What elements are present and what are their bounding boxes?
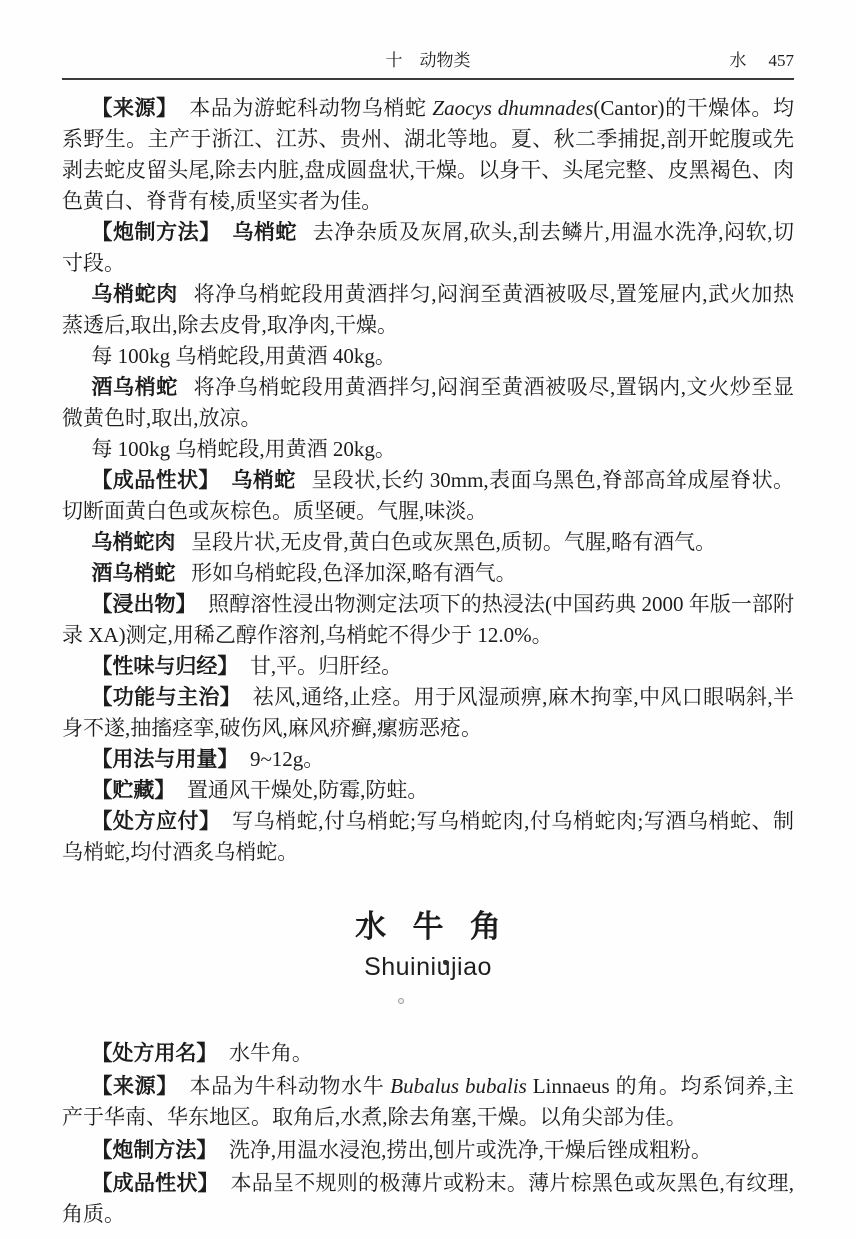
entry-title: 水牛角 bbox=[62, 910, 794, 944]
para-text: 呈段片状,无皮骨,黄白色或灰黑色,质韧。气腥,略有酒气。 bbox=[191, 530, 716, 554]
para-text: 本品为牛科动物水牛 bbox=[190, 1074, 391, 1098]
page-header: 十动物类 水457 bbox=[62, 52, 794, 80]
para-prescription-dispensing: 【处方应付】写乌梢蛇,付乌梢蛇;写乌梢蛇肉,付乌梢蛇肉;写酒乌梢蛇、制乌梢蛇,均… bbox=[62, 806, 794, 868]
section-label: 【成品性状】 bbox=[91, 1172, 219, 1195]
para-processing-meat: 乌梢蛇肉将净乌梢蛇段用黄酒拌匀,闷润至黄酒被吸尽,置笼屉内,武火加热蒸透后,取出… bbox=[62, 279, 794, 341]
folio: 水457 bbox=[644, 52, 794, 69]
latin-name: Zaocys dhumnades bbox=[432, 96, 593, 120]
para-storage: 【贮藏】置通风干燥处,防霉,防蛀。 bbox=[62, 775, 794, 806]
para-text: 9~12g。 bbox=[250, 747, 324, 771]
section-label: 【炮制方法】 bbox=[91, 1139, 217, 1162]
chapter-number: 十 bbox=[386, 51, 403, 70]
para-product-wine: 酒乌梢蛇形如乌梢蛇段,色泽加深,略有酒气。 bbox=[62, 558, 794, 589]
para-extractive: 【浸出物】照醇溶性浸出物测定法项下的热浸法(中国药典 2000 年版一部附录 X… bbox=[62, 589, 794, 651]
para-processing-method: 【炮制方法】乌梢蛇去净杂质及灰屑,砍头,刮去鳞片,用温水洗净,闷软,切寸段。 bbox=[62, 217, 794, 279]
scan-artifact bbox=[398, 998, 404, 1004]
para-product-characters: 【成品性状】乌梢蛇呈段状,长约 30mm,表面乌黑色,脊部高耸成屋脊状。切断面黄… bbox=[62, 465, 794, 527]
para-text: 每 100kg 乌梢蛇段,用黄酒 40kg。 bbox=[91, 344, 396, 368]
section-label: 【性味与归经】 bbox=[91, 655, 238, 678]
section-label: 【成品性状】 bbox=[91, 469, 219, 492]
section-label: 【炮制方法】 bbox=[91, 221, 220, 244]
drug-sublabel: 酒乌梢蛇 bbox=[91, 376, 177, 399]
section-label: 【浸出物】 bbox=[91, 593, 196, 616]
page-number: 457 bbox=[769, 51, 795, 70]
para-text: 置通风干燥处,防霉,防蛀。 bbox=[187, 778, 429, 802]
para-prescription-name: 【处方用名】水牛角。 bbox=[62, 1038, 794, 1069]
entry-wushaoshe: 【来源】本品为游蛇科动物乌梢蛇 Zaocys dhumnades(Cantor)… bbox=[62, 93, 794, 868]
scan-artifact bbox=[443, 960, 449, 965]
chapter-heading: 十动物类 bbox=[212, 52, 644, 69]
document-page: 十动物类 水457 【来源】本品为游蛇科动物乌梢蛇 Zaocys dhumnad… bbox=[0, 0, 856, 1239]
para-ratio-40kg: 每 100kg 乌梢蛇段,用黄酒 40kg。 bbox=[62, 341, 794, 372]
para-processing-wine: 酒乌梢蛇将净乌梢蛇段用黄酒拌匀,闷润至黄酒被吸尽,置锅内,文火炒至显微黄色时,取… bbox=[62, 372, 794, 434]
entry-shuiniujiao: 【处方用名】水牛角。 【来源】本品为牛科动物水牛 Bubalus bubalis… bbox=[62, 1038, 794, 1230]
drug-sublabel: 乌梢蛇肉 bbox=[91, 283, 177, 306]
section-label: 【来源】 bbox=[91, 97, 177, 120]
section-label: 【处方应付】 bbox=[91, 810, 220, 833]
section-index-char: 水 bbox=[729, 51, 746, 70]
para-ratio-20kg: 每 100kg 乌梢蛇段,用黄酒 20kg。 bbox=[62, 434, 794, 465]
para-product-characters: 【成品性状】本品呈不规则的极薄片或粉末。薄片棕黑色或灰黑色,有纹理,角质。 bbox=[62, 1168, 794, 1230]
para-text: 本品为游蛇科动物乌梢蛇 bbox=[189, 96, 432, 120]
para-text: 水牛角。 bbox=[229, 1041, 313, 1065]
section-label: 【处方用名】 bbox=[91, 1042, 217, 1065]
para-text: 形如乌梢蛇段,色泽加深,略有酒气。 bbox=[191, 561, 517, 585]
section-label: 【来源】 bbox=[91, 1075, 178, 1098]
drug-sublabel: 乌梢蛇肉 bbox=[91, 531, 175, 554]
para-function-indication: 【功能与主治】祛风,通络,止痉。用于风湿顽痹,麻木拘挛,中风口眼㖞斜,半身不遂,… bbox=[62, 682, 794, 744]
para-text: 每 100kg 乌梢蛇段,用黄酒 20kg。 bbox=[91, 437, 396, 461]
para-text: 甘,平。归肝经。 bbox=[250, 654, 402, 678]
drug-sublabel: 乌梢蛇 bbox=[232, 221, 297, 244]
drug-sublabel: 乌梢蛇 bbox=[231, 469, 295, 492]
para-source: 【来源】本品为牛科动物水牛 Bubalus bubalis Linnaeus 的… bbox=[62, 1071, 794, 1133]
para-processing-method: 【炮制方法】洗净,用温水浸泡,捞出,刨片或洗净,干燥后锉成粗粉。 bbox=[62, 1135, 794, 1166]
latin-name: Bubalus bubalis bbox=[390, 1074, 527, 1098]
para-text: 洗净,用温水浸泡,捞出,刨片或洗净,干燥后锉成粗粉。 bbox=[229, 1138, 712, 1162]
para-taste-meridian: 【性味与归经】甘,平。归肝经。 bbox=[62, 651, 794, 682]
section-label: 【用法与用量】 bbox=[91, 748, 238, 771]
drug-sublabel: 酒乌梢蛇 bbox=[91, 562, 175, 585]
para-product-meat: 乌梢蛇肉呈段片状,无皮骨,黄白色或灰黑色,质韧。气腥,略有酒气。 bbox=[62, 527, 794, 558]
entry-pinyin: Shuiniujiao bbox=[62, 953, 794, 982]
para-source: 【来源】本品为游蛇科动物乌梢蛇 Zaocys dhumnades(Cantor)… bbox=[62, 93, 794, 217]
section-label: 【贮藏】 bbox=[91, 779, 175, 802]
entry-shuiniujiao-heading: 水牛角 Shuiniujiao bbox=[62, 910, 794, 982]
section-label: 【功能与主治】 bbox=[91, 686, 241, 709]
para-dosage: 【用法与用量】9~12g。 bbox=[62, 744, 794, 775]
chapter-title: 动物类 bbox=[420, 51, 471, 70]
